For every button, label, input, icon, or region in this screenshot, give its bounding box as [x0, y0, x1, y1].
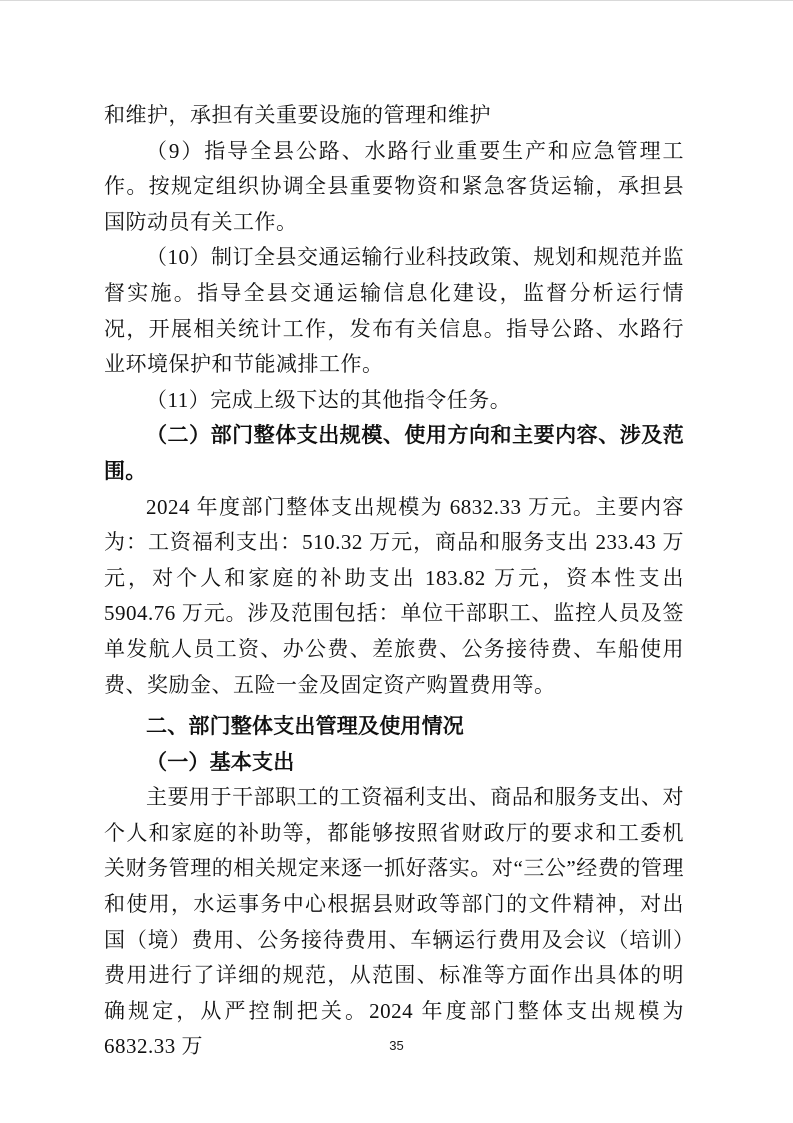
document-body: 和维护，承担有关重要设施的管理和维护 （9）指导全县公路、水路行业重要生产和应急…	[104, 98, 684, 1065]
paragraph-continuation: 和维护，承担有关重要设施的管理和维护	[104, 98, 684, 134]
paragraph-item-9: （9）指导全县公路、水路行业重要生产和应急管理工作。按规定组织协调全县重要物资和…	[104, 134, 684, 241]
chapter-heading-management: 二、部门整体支出管理及使用情况	[104, 709, 684, 745]
paragraph-expenditure-scale: 2024 年度部门整体支出规模为 6832.33 万元。主要内容为：工资福利支出…	[104, 490, 684, 704]
document-page: 和维护，承担有关重要设施的管理和维护 （9）指导全县公路、水路行业重要生产和应急…	[0, 0, 793, 1123]
paragraph-basic-expenditure: 主要用于干部职工的工资福利支出、商品和服务支出、对个人和家庭的补助等，都能够按照…	[104, 780, 684, 1065]
section-heading-overall-expenditure: （二）部门整体支出规模、使用方向和主要内容、涉及范围。	[104, 418, 684, 489]
page-number: 35	[0, 1038, 793, 1053]
paragraph-item-11: （11）完成上级下达的其他指令任务。	[104, 383, 684, 419]
paragraph-item-10: （10）制订全县交通运输行业科技政策、规划和规范并监督实施。指导全县交通运输信息…	[104, 240, 684, 382]
section-heading-basic-expenditure: （一）基本支出	[104, 745, 684, 781]
